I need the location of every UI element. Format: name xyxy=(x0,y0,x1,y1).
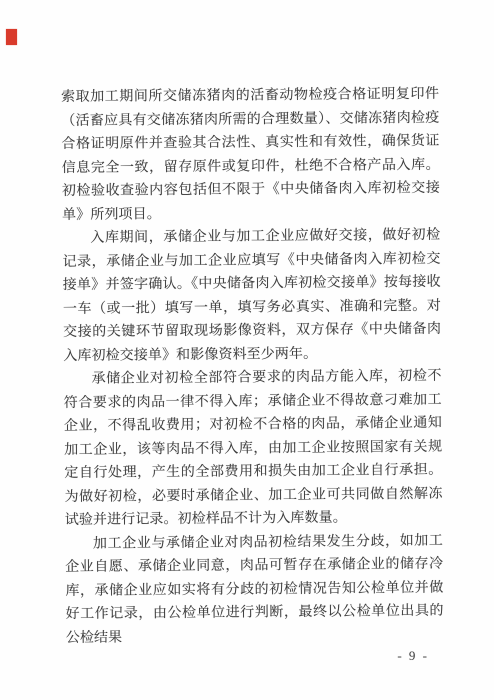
paragraph: 加工企业与承储企业对肉品初检结果发生分歧，如加工企业自愿、承储企业同意，肉品可暂… xyxy=(65,529,444,650)
red-stamp-mark xyxy=(6,29,17,45)
paragraph: 承储企业对初检全部符合要求的肉品方能入库，初检不符合要求的肉品一律不得入库；承储… xyxy=(63,365,442,533)
paragraph: 入库期间，承储企业与加工企业应做好交接，做好初检记录，承储企业与加工企业应填写《… xyxy=(62,224,441,368)
document-text: 索取加工期间所交储冻猪肉的活畜动物检疫合格证明复印件（活畜应具有交储冻猪肉所需的… xyxy=(61,83,444,650)
document-page: 索取加工期间所交储冻猪肉的活畜动物检疫合格证明复印件（活畜应具有交储冻猪肉所需的… xyxy=(0,0,494,700)
page-number: - 9 - xyxy=(397,648,429,664)
paragraph: 索取加工期间所交储冻猪肉的活畜动物检疫合格证明复印件（活畜应具有交储冻猪肉所需的… xyxy=(61,83,440,227)
